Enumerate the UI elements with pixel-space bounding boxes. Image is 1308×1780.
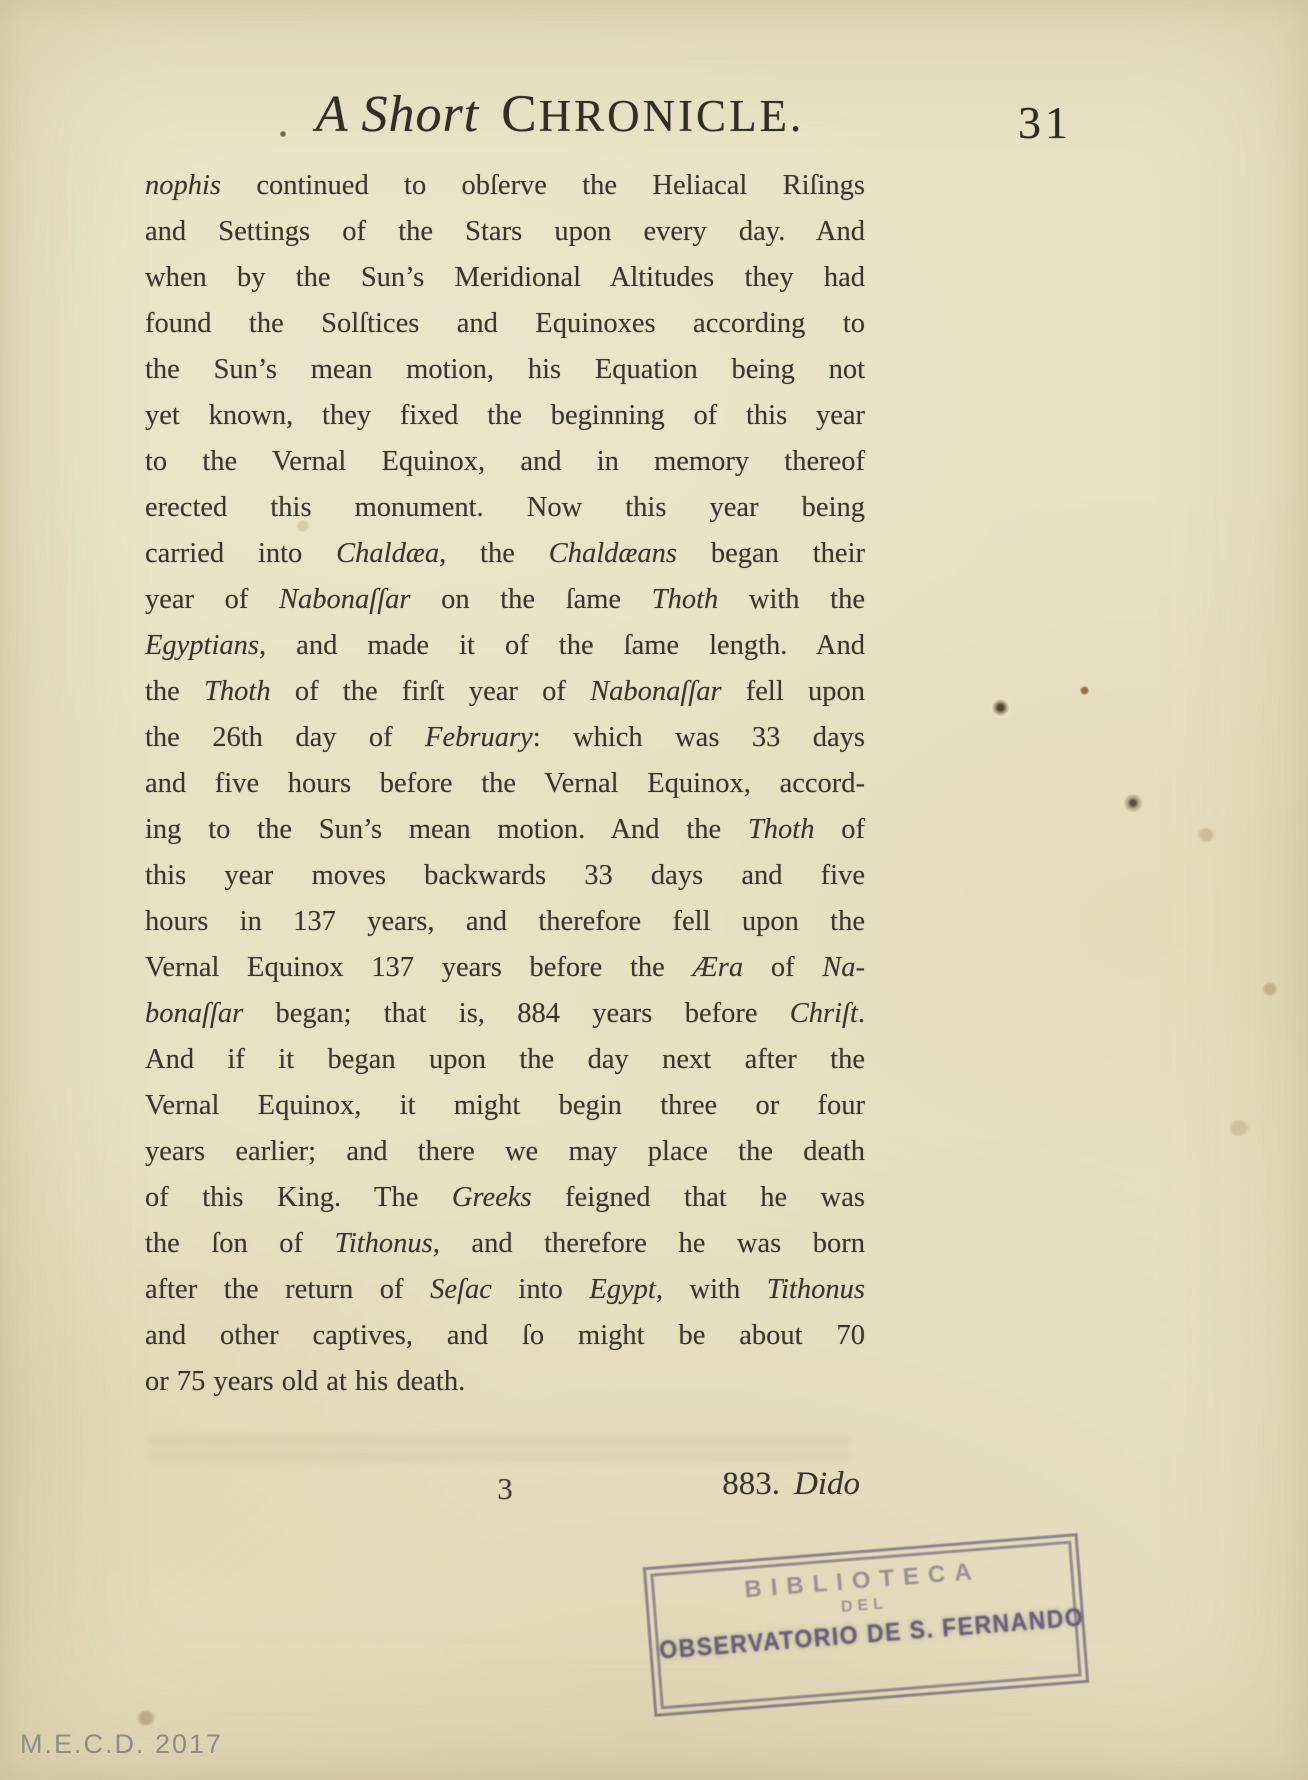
book-page: A ShortCHRONICLE. 31 nophis continued to… — [0, 0, 1308, 1780]
text-line: Vernal Equinox 137 years before the Æra … — [145, 945, 865, 991]
text-line: and Settings of the Stars upon every day… — [145, 209, 865, 255]
text-line: bonaſſar began; that is, 884 years befor… — [145, 991, 865, 1037]
text-line: years earlier; and there we may place th… — [145, 1129, 865, 1175]
text-line: the Sun’s mean motion, his Equation bein… — [145, 347, 865, 393]
library-stamp: BIBLIOTECA DEL OBSERVATORIO DE S. FERNAN… — [643, 1533, 1089, 1717]
text-line: hours in 137 years, and therefore fell u… — [145, 899, 865, 945]
text-line: the 26th day of February: which was 33 d… — [145, 715, 865, 761]
paper-spot — [1196, 828, 1216, 842]
text-line: to the Vernal Equinox, and in memory the… — [145, 439, 865, 485]
catchword: 883.Dido — [722, 1466, 860, 1503]
archive-watermark: M.E.C.D. 2017 — [20, 1729, 223, 1760]
text-line: or 75 years old at his death. — [145, 1359, 865, 1405]
text-line: yet known, they fixed the beginning of t… — [145, 393, 865, 439]
text-line: erected this monument. Now this year bei… — [145, 485, 865, 531]
text-line: when by the Sun’s Meridional Altitudes t… — [145, 255, 865, 301]
text-line: And if it began upon the day next after … — [145, 1037, 865, 1083]
paper-spot — [1124, 794, 1144, 812]
paper-spot — [1080, 686, 1089, 695]
running-title-caps-initial: C — [501, 85, 538, 143]
paper-spot — [990, 698, 1012, 718]
body-text: nophis continued to obſerve the Heliacal… — [145, 163, 865, 1405]
catchword-word: Dido — [794, 1466, 860, 1502]
running-title-italic: A Short — [316, 86, 480, 143]
library-stamp-frame: BIBLIOTECA DEL OBSERVATORIO DE S. FERNAN… — [650, 1541, 1081, 1710]
text-line: of this King. The Greeks feigned that he… — [145, 1175, 865, 1221]
text-line: and other captives, and ſo might be abou… — [145, 1313, 865, 1359]
paper-spot — [136, 1710, 156, 1726]
text-line: the ſon of Tithonus, and therefore he wa… — [145, 1221, 865, 1267]
text-line: ing to the Sun’s mean motion. And the Th… — [145, 807, 865, 853]
text-line: after the return of Seſac into Egypt, wi… — [145, 1267, 865, 1313]
text-line: nophis continued to obſerve the Heliacal… — [145, 163, 865, 209]
text-line: found the Solſtices and Equinoxes accord… — [145, 301, 865, 347]
text-line: the Thoth of the firſt year of Nabonaſſa… — [145, 669, 865, 715]
page-number: 31 — [1018, 96, 1072, 149]
text-line: and five hours before the Vernal Equinox… — [145, 761, 865, 807]
paper-spot — [1262, 982, 1278, 996]
running-title-caps-rest: HRONICLE. — [539, 91, 805, 141]
text-line: year of Nabonaſſar on the ſame Thoth wit… — [145, 577, 865, 623]
catchword-year: 883. — [722, 1466, 780, 1502]
text-line: Egyptians, and made it of the ſame lengt… — [145, 623, 865, 669]
text-line: this year moves backwards 33 days and fi… — [145, 853, 865, 899]
running-title: A ShortCHRONICLE. — [200, 84, 920, 144]
text-line: Vernal Equinox, it might begin three or … — [145, 1083, 865, 1129]
text-line: carried into Chaldæa, the Chaldæans bega… — [145, 531, 865, 577]
ink-showthrough — [150, 1430, 850, 1470]
paper-spot — [1228, 1120, 1250, 1136]
